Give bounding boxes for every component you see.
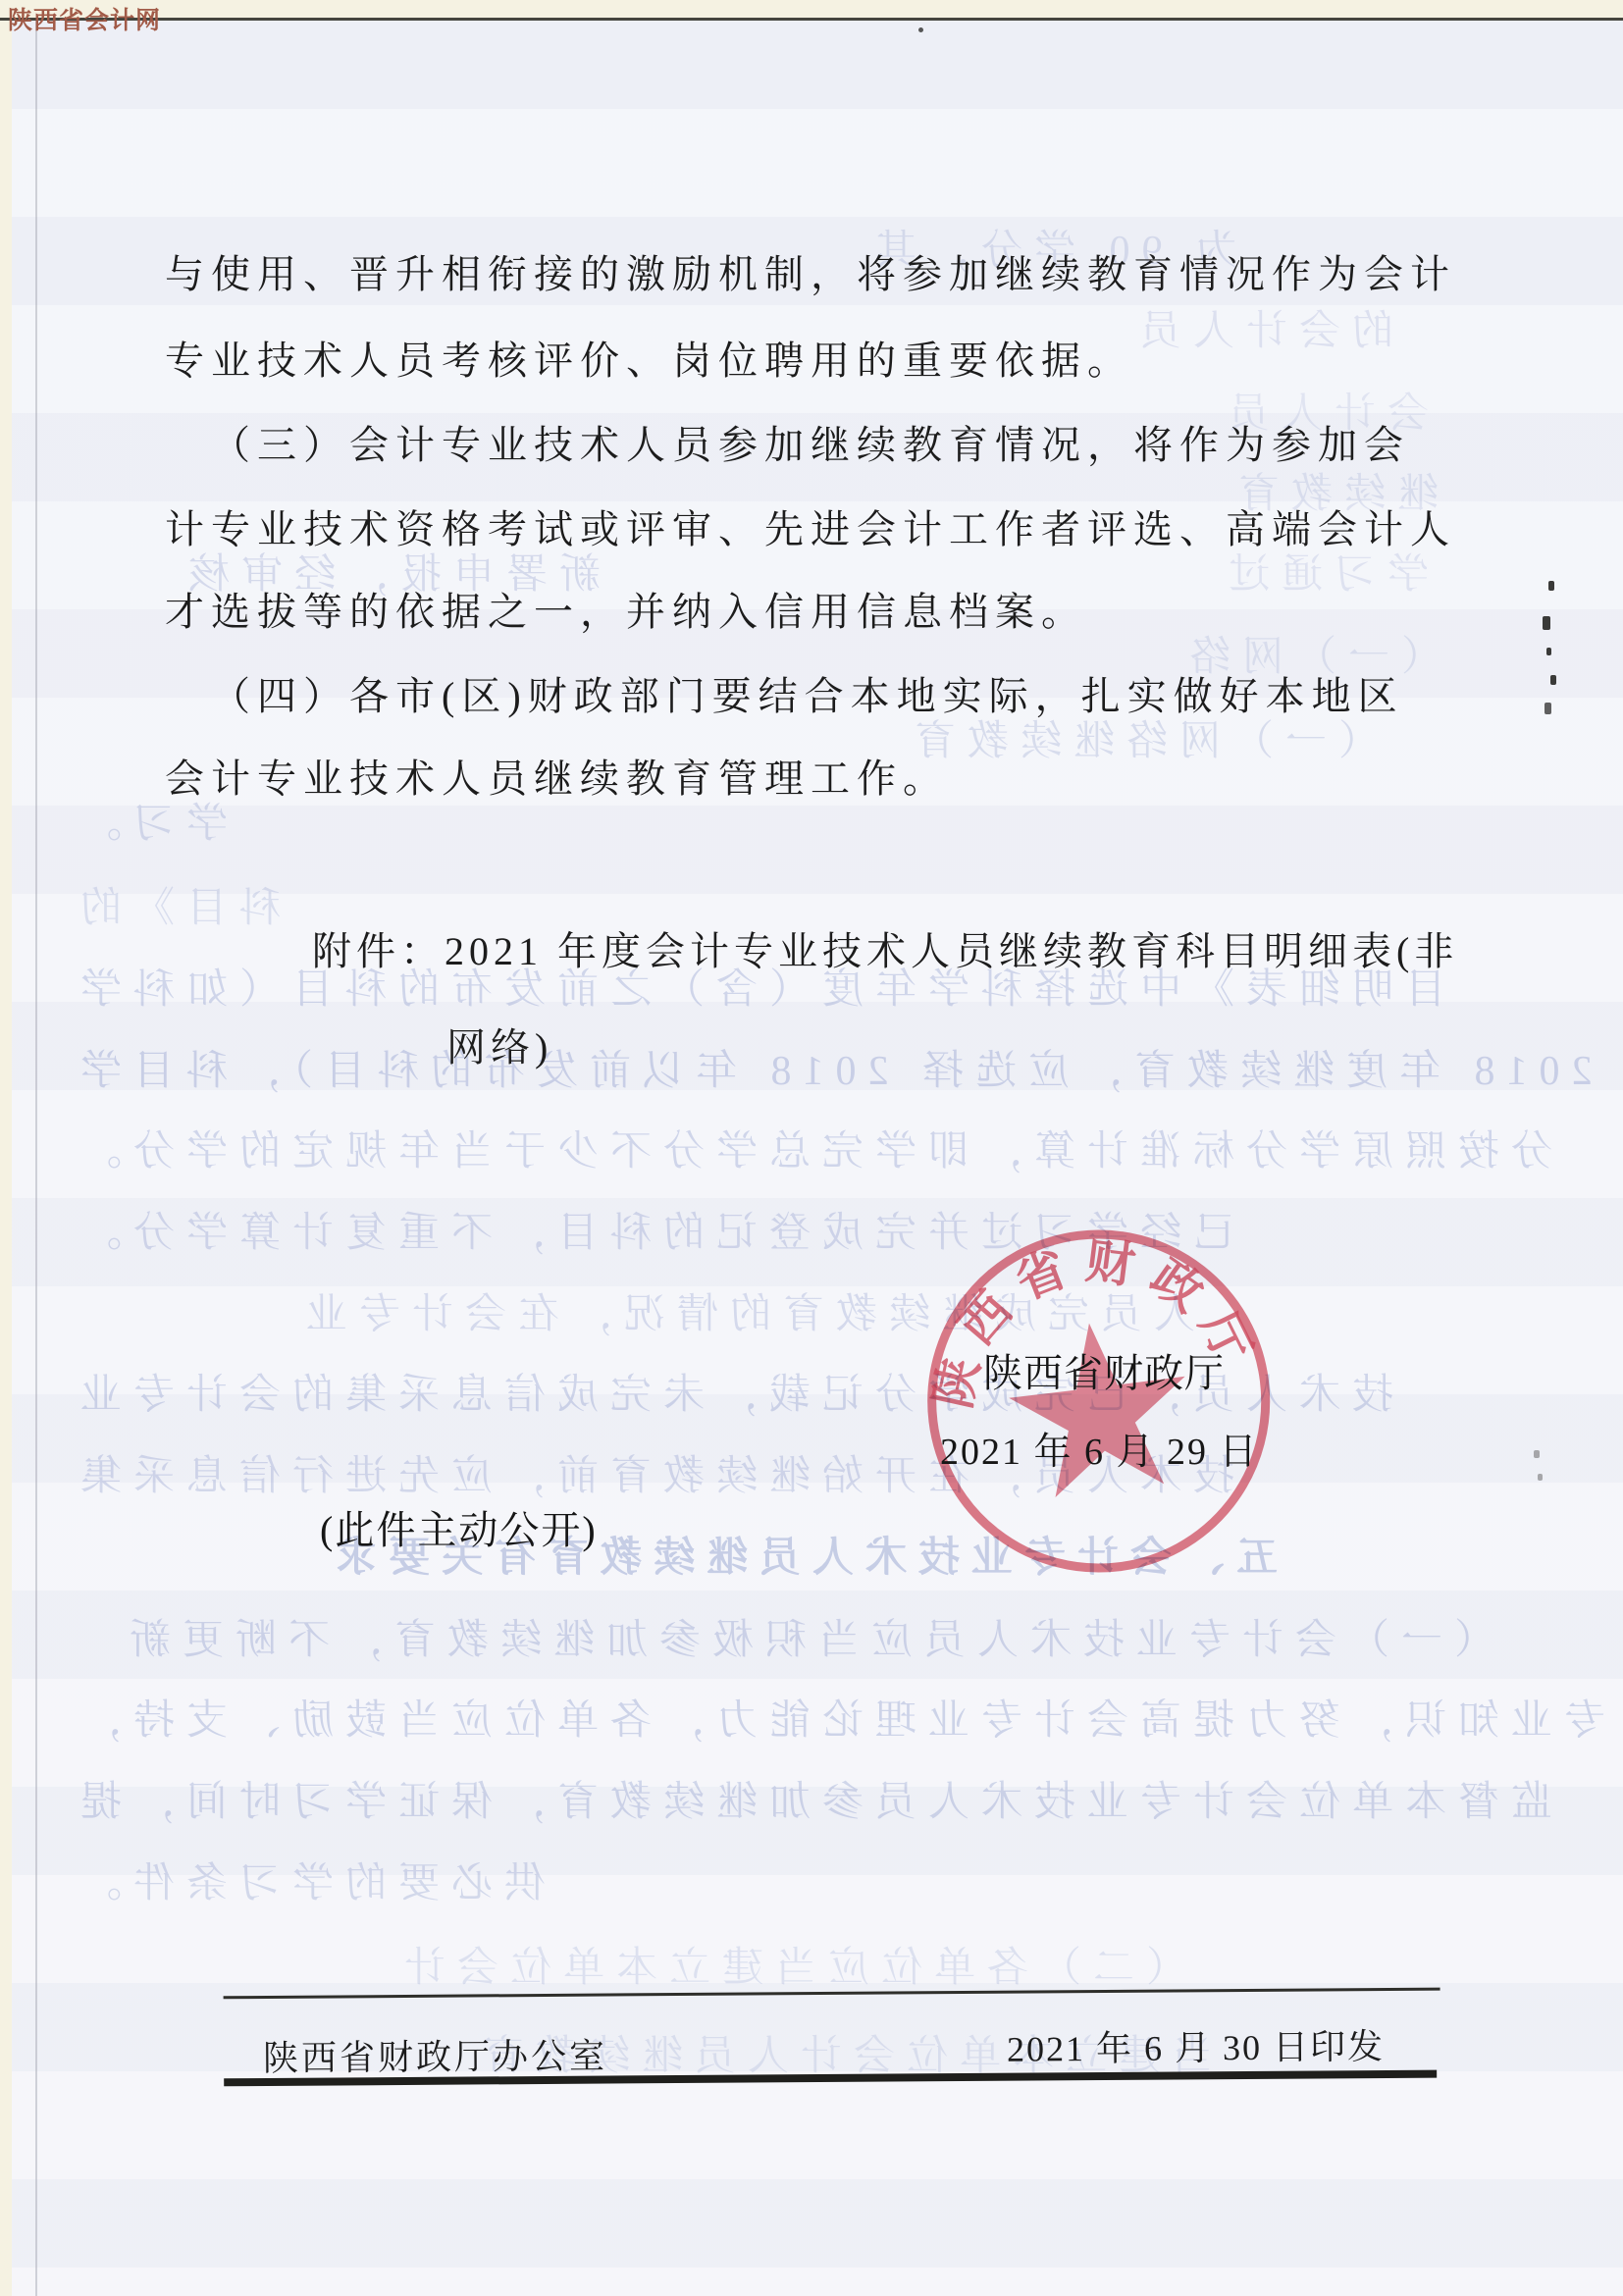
footer-rule-thin (224, 1988, 1440, 2000)
footer: 陕西省财政厅办公室 2021 年 6 月 30 日印发 (0, 0, 1623, 2296)
site-watermark: 陕西省会计网 (8, 1, 161, 36)
footer-office: 陕西省财政厅办公室 (263, 2029, 607, 2081)
scanned-document-page: { "watermark": { "text": "陕西省会计网", "colo… (0, 0, 1623, 2296)
footer-print-date: 2021 年 6 月 30 日印发 (1007, 2019, 1385, 2072)
